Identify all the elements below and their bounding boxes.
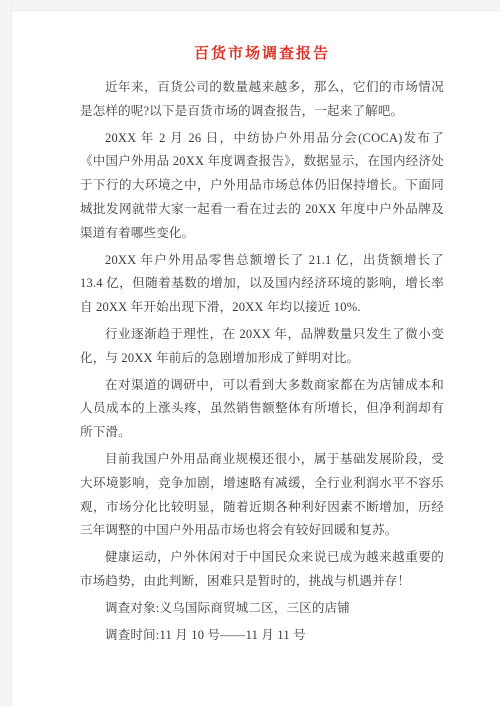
paragraph: 20XX 年 2 月 26 日，中纺协户外用品分会(COCA)发布了《中国户外用…: [80, 127, 444, 246]
paragraph: 在对渠道的调研中，可以看到大多数商家都在为店铺成本和人员成本的上涨头疼，虽然销售…: [80, 374, 444, 445]
paragraph: 目前我国户外用品商业规模还很小，属于基础发展阶段，受大环境影响，竞争加剧，增速略…: [80, 448, 444, 543]
document-viewer: 百货市场调查报告 近年来，百货公司的数量越来越多，那么，它们的市场情况是怎样的呢…: [0, 0, 500, 707]
paragraph: 20XX 年户外用品零售总额增长了 21.1 亿，出货额增长了 13.4 亿，但…: [80, 249, 444, 320]
paragraph: 行业逐渐趋于理性，在 20XX 年，品牌数量只发生了微小变化，与 20XX 年前…: [80, 323, 444, 371]
paragraph-list: 近年来，百货公司的数量越来越多，那么，它们的市场情况是怎样的呢?以下是百货市场的…: [80, 76, 444, 647]
paragraph: 调查对象:义乌国际商贸城二区，三区的店铺: [80, 597, 444, 621]
document-page: 百货市场调查报告 近年来，百货公司的数量越来越多，那么，它们的市场情况是怎样的呢…: [12, 11, 500, 707]
page-gutter-top: [0, 0, 500, 11]
paragraph: 调查时间:11 月 10 号——11 月 11 号: [80, 624, 444, 648]
document-title: 百货市场调查报告: [80, 44, 444, 64]
document-content: 百货市场调查报告 近年来，百货公司的数量越来越多，那么，它们的市场情况是怎样的呢…: [80, 44, 444, 647]
paragraph: 健康运动，户外休闲对于中国民众来说已成为越来越重要的市场趋势，由此判断，困难只是…: [80, 546, 444, 594]
paragraph: 近年来，百货公司的数量越来越多，那么，它们的市场情况是怎样的呢?以下是百货市场的…: [80, 76, 444, 124]
page-gutter-left: [0, 0, 12, 707]
